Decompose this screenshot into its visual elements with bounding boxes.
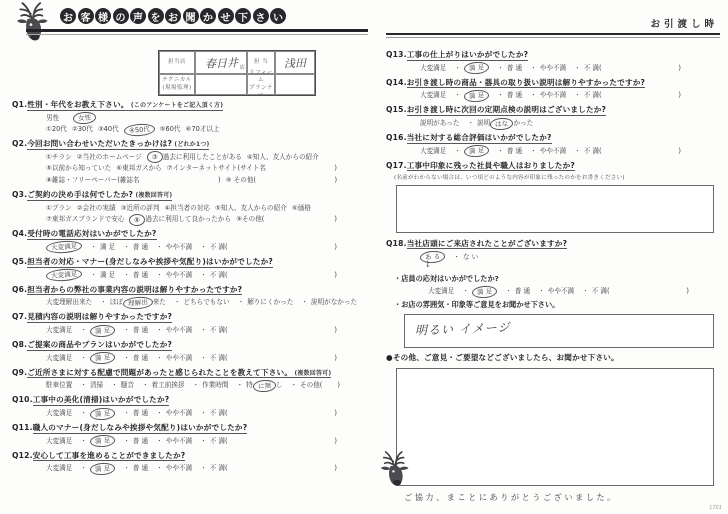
question-note: (複数回答可) — [133, 192, 172, 199]
option-text: やや不満 — [540, 91, 566, 100]
question-heading: Q7.見積内容の説明は解りやすかったですか? — [12, 312, 368, 323]
separator-dot: ・ — [200, 464, 207, 473]
option-text: 大変満足 — [46, 354, 72, 363]
separator-dot: ・ — [574, 147, 581, 156]
title-char: い — [270, 8, 286, 24]
question-title-underline: 性別・年代をお教え下さい。 (このアンケートをご記入頂く方) — [27, 100, 223, 111]
option-text: ) — [334, 409, 337, 418]
staff-cell: テクニカル (現場監理) — [159, 74, 195, 95]
question-note: (複数回答可) — [292, 370, 331, 377]
option-line: 大変満足・満 足・普 通・やや不満・不 満() — [12, 326, 342, 335]
planner-label: リフォーム プランナー — [248, 70, 274, 99]
separator-dot: ・ — [530, 91, 537, 100]
option-text: 普 通 — [133, 437, 148, 446]
question-Q13: Q13.工事の仕上がりはいかがでしたか?大変満足・満 足・普 通・やや不満・不 … — [386, 50, 720, 72]
option-line: ①プラン②会社の実績③近所の評判④担当者の対応⑤知人、友人からの紹介⑥価格 — [12, 204, 342, 213]
option-text: 説明があった — [420, 119, 460, 128]
question-title-underline: お引き渡し時の商品・器具の取り扱い説明は解りやすかったですか? — [407, 78, 645, 89]
deer-logo-icon — [379, 443, 417, 495]
option-line: 大変満足・満 足・普 通・やや不満・不 満() — [12, 437, 342, 446]
separator-dot: ・ — [142, 381, 149, 390]
option-text: ほぼ — [110, 298, 123, 307]
question-Q3: Q3.ご契約の決め手は何でしたか? (複数回答可)①プラン②会社の実績③近所の評… — [12, 190, 368, 224]
separator-dot: ・ — [90, 243, 97, 252]
question-heading: Q11.職人のマナー(身だしなみや挨拶や気配り)はいかがでしたか? — [12, 423, 368, 434]
separator-dot: ・ — [193, 381, 200, 390]
option-text: 大変満足 — [428, 287, 454, 296]
question-title-underline: 当社店頭にご来店されたことがございますか? — [407, 239, 567, 250]
separator-dot: ・ — [80, 354, 87, 363]
question-Q4: Q4.受付時の電話応対はいかがでしたか?大変満足・満 足・普 通・やや不満・不 … — [12, 229, 368, 251]
option-text: 解りにくかった — [247, 298, 293, 307]
staff-store-value: 春日井 — [204, 54, 238, 71]
separator-dot: ・ — [530, 147, 537, 156]
option-text: ⑦東邦ガスブランドで安心 — [46, 215, 124, 224]
separator-dot: ・ — [123, 271, 130, 280]
question-title-underline: ご提案の商品やプランはいかがでしたか? — [27, 340, 172, 351]
question-heading: Q12.安心して工事を進めることができましたか? — [12, 451, 368, 462]
option-text: 満 足 — [100, 243, 115, 252]
separator-dot: ・ — [453, 253, 460, 262]
question-number: Q11. — [12, 423, 33, 432]
option-text: 不 満( — [210, 354, 228, 363]
question-heading: ●その他、ご意見・ご要望などございましたら、お聞かせ下さい。 — [386, 353, 720, 364]
question-number: Q9. — [12, 368, 27, 377]
section-divider — [386, 33, 720, 38]
title-divider — [26, 29, 368, 35]
page-code: 1701 — [709, 505, 722, 511]
option-text: 清掃 — [90, 381, 103, 390]
option-text: やや不満 — [166, 409, 192, 418]
question-Q10: Q10.工事中の美化(清掃)はいかがでしたか?大変満足・満 足・普 通・やや不満… — [12, 395, 368, 417]
question-title-underline: 見積内容の説明は解りやすかったですか? — [27, 312, 172, 323]
question-Q7: Q7.見積内容の説明は解りやすかったですか?大変満足・満 足・普 通・やや不満・… — [12, 312, 368, 334]
title-char: 様 — [95, 8, 111, 24]
separator-dot: ・ — [454, 147, 461, 156]
question-title: ご契約の決め手は何でしたか? — [27, 190, 133, 199]
question-Q2: Q2.今回お問い合わせいただいたきっかけは? (どれか1つ)①チラシ②当社のホー… — [12, 139, 368, 184]
option-text: 大変満足 — [46, 464, 72, 473]
option-text: 普 通 — [507, 147, 522, 156]
option-text: 過去に利用したことがある — [163, 153, 242, 162]
question-title: お引き渡し時に次回の定期点検の説明はございましたか? — [407, 105, 606, 114]
option-line: 大変理解出来た・ほぼ理解出来た・どちらでもない・解りにくかった・説明がなかった — [12, 298, 342, 307]
circled-answer-mark: 満 足 — [90, 324, 116, 338]
question-Q18: Q18.当社店頭にご来店されたことがございますか?あ る・な い↓・店員の応対は… — [386, 239, 720, 348]
option-text: 大変理解出来た — [46, 298, 92, 307]
handover-section-label: お引渡し時 — [386, 16, 720, 30]
option-text: ⑥価格 — [292, 204, 311, 213]
option-text: ) — [334, 243, 337, 252]
option-text: 不 満( — [584, 147, 602, 156]
question-title: その他、ご意見・ご要望などございましたら、お聞かせ下さい。 — [393, 353, 619, 362]
option-line: 大変満足・満 足・普 通・やや不満・不 満() — [12, 354, 342, 363]
staff-cell: リフォーム プランナー — [247, 74, 275, 95]
title-char: 声 — [130, 8, 146, 24]
question-: ●その他、ご意見・ご要望などございましたら、お聞かせ下さい。 — [386, 353, 720, 486]
separator-dot: ・ — [505, 287, 512, 296]
option-text: ) — [218, 176, 221, 185]
option-text: 普 通 — [133, 243, 148, 252]
option-text: 不 満( — [210, 271, 228, 280]
circled-answer-mark: ④50代 — [123, 123, 155, 137]
question-title-underline: ご近所さまに対する配慮で問題があったと感じられたことを教えて下さい。 (複数回答… — [27, 368, 331, 379]
question-title-underline: その他、ご意見・ご要望などございましたら、お聞かせ下さい。 — [393, 353, 619, 362]
option-text: やや不満 — [548, 287, 574, 296]
option-line: ①20代②30代③40代④50代⑤60代⑥70才以上 — [12, 125, 342, 134]
question-Q6: Q6.担当者からの弊社の事業内容の説明は解りやすかったですか?大変理解出来た・ほ… — [12, 285, 368, 307]
circled-answer-mark: はな — [490, 117, 514, 131]
circled-answer-mark: 満 足 — [472, 285, 498, 299]
circled-answer-mark: ③ — [146, 151, 163, 164]
option-text: やや不満 — [166, 271, 192, 280]
option-text: 普 通 — [507, 64, 522, 73]
option-text: 不 満( — [584, 64, 602, 73]
option-line: 大変満足・満 足・普 通・やや不満・不 満() — [12, 243, 342, 252]
staff-cell: 担当店 — [159, 51, 195, 74]
option-text: ) — [678, 91, 681, 100]
question-title-underline: 担当者の対応・マナー(身だしなみや挨拶や気配り)はいかがでしたか? — [27, 257, 273, 268]
option-text: 駐車位置 — [46, 381, 72, 390]
question-title: ご近所さまに対する配慮で問題があったと感じられたことを教えて下さい。 — [27, 368, 292, 377]
question-heading: Q1.性別・年代をお教え下さい。 (このアンケートをご記入頂く方) — [12, 100, 368, 111]
option-text: その他( — [300, 381, 322, 390]
question-title: 今回お問い合わせいただいたきっかけは? — [27, 139, 172, 148]
question-number: ● — [386, 353, 393, 362]
question-number: Q4. — [12, 229, 27, 238]
option-text: 普 通 — [133, 409, 148, 418]
question-number: Q10. — [12, 395, 33, 404]
question-Q12: Q12.安心して工事を進めることができましたか?大変満足・満 足・普 通・やや不… — [12, 451, 368, 473]
option-text: 大変満足 — [46, 409, 72, 418]
question-title-underline: 安心して工事を進めることができましたか? — [33, 451, 186, 462]
option-line: 大変満足・満 足・普 通・やや不満・不 満() — [12, 464, 342, 473]
option-text: ) — [686, 287, 689, 296]
option-text: ) — [334, 437, 337, 446]
question-number: Q8. — [12, 340, 27, 349]
option-text: やや不満 — [166, 243, 192, 252]
staff-person-label: 担 当 — [254, 59, 268, 66]
separator-dot: ・ — [200, 326, 207, 335]
option-text: ⑨その他( — [236, 215, 264, 224]
question-number: Q6. — [12, 285, 27, 294]
question-title-underline: 工事中の美化(清掃)はいかがでしたか? — [33, 395, 170, 406]
question-note: (このアンケートをご記入頂く方) — [129, 102, 224, 109]
separator-dot: ・ — [574, 91, 581, 100]
option-text: 大変満足 — [46, 437, 72, 446]
separator-dot: ・ — [236, 381, 243, 390]
technical-label: テクニカル (現場監理) — [162, 77, 192, 91]
option-text: ④担当者の対応 — [164, 204, 209, 213]
question-note: (どれか1つ) — [172, 141, 209, 148]
option-line: ⑧雑誌・フリーペーパー(雑誌名)⑨ その他() — [12, 176, 342, 185]
option-text: 普 通 — [133, 354, 148, 363]
option-text: し — [276, 381, 283, 390]
option-text: ②30代 — [72, 125, 93, 134]
separator-dot: ・ — [123, 464, 130, 473]
circled-answer-mark: 理解出 — [123, 296, 154, 310]
option-text: 説明がなかった — [311, 298, 357, 307]
separator-dot: ・ — [200, 354, 207, 363]
separator-dot: ・ — [301, 298, 308, 307]
separator-dot: ・ — [156, 437, 163, 446]
separator-dot: ・ — [156, 354, 163, 363]
question-title: 見積内容の説明は解りやすかったですか? — [27, 312, 172, 321]
separator-dot: ・ — [200, 243, 207, 252]
circled-answer-mark: 大変満足 — [46, 268, 83, 282]
question-title-underline: 受付時の電話応対はいかがでしたか? — [27, 229, 156, 240]
option-text: 普 通 — [133, 464, 148, 473]
separator-dot: ・ — [454, 91, 461, 100]
option-text: 不 満( — [210, 464, 228, 473]
title-char: 客 — [78, 8, 94, 24]
question-title: 工事中の美化(清掃)はいかがでしたか? — [33, 395, 170, 404]
circled-answer-mark: 満 足 — [90, 434, 116, 448]
option-text: 普 通 — [507, 91, 522, 100]
question-Q16: Q16.当社に対する総合評価はいかがでしたか?大変満足・満 足・普 通・やや不満… — [386, 133, 720, 155]
circled-answer-mark: ⑧ — [129, 213, 146, 226]
separator-dot: ・ — [582, 287, 589, 296]
option-text: 不 満( — [210, 243, 228, 252]
option-text: やや不満 — [540, 147, 566, 156]
option-text: 特 — [246, 381, 253, 390]
option-text: ⑤以前から知っていた — [46, 164, 111, 173]
separator-dot: ・ — [123, 409, 130, 418]
question-Q1: Q1.性別・年代をお教え下さい。 (このアンケートをご記入頂く方)男性女性①20… — [12, 100, 368, 134]
circled-answer-mark: 満 足 — [90, 351, 116, 365]
question-title: 職人のマナー(身だしなみや挨拶や気配り)はいかがでしたか? — [33, 423, 248, 432]
option-text: ⑥東邦ガスから — [116, 164, 161, 173]
option-text: ⑨ その他( — [226, 176, 256, 185]
title-char: の — [113, 8, 129, 24]
option-text: 普 通 — [133, 271, 148, 280]
option-text: 説明 — [477, 119, 490, 128]
question-Q11: Q11.職人のマナー(身だしなみや挨拶や気配り)はいかがでしたか?大変満足・満 … — [12, 423, 368, 445]
circled-answer-mark: 満 足 — [464, 89, 490, 103]
option-text: ⑤60代 — [160, 125, 181, 134]
option-line: 大変満足・満 足・普 通・やや不満・不 満() — [386, 147, 686, 156]
question-title-underline: ご契約の決め手は何でしたか? (複数回答可) — [27, 190, 172, 201]
title-char: か — [200, 8, 216, 24]
question-number: Q16. — [386, 133, 407, 142]
question-number: Q7. — [12, 312, 27, 321]
question-title: 担当者の対応・マナー(身だしなみや挨拶や気配り)はいかがでしたか? — [27, 257, 273, 266]
separator-dot: ・ — [238, 298, 245, 307]
separator-dot: ・ — [156, 464, 163, 473]
option-text: ) — [334, 354, 337, 363]
option-text: 来た — [153, 298, 166, 307]
staff-cell: 浅田 — [275, 51, 315, 74]
option-text: 大変満足 — [46, 326, 72, 335]
option-text: ①20代 — [46, 125, 67, 134]
option-text: ⑧雑誌・フリーペーパー(雑誌名 — [46, 176, 140, 185]
separator-dot: ・ — [454, 64, 461, 73]
title-char: を — [148, 8, 164, 24]
title-char: 下 — [235, 8, 251, 24]
separator-dot: ・ — [80, 326, 87, 335]
separator-dot: ・ — [200, 437, 207, 446]
title-char: お — [60, 8, 76, 24]
title-char: お — [165, 8, 181, 24]
option-text: ) — [334, 464, 337, 473]
question-heading: Q17.工事中印象に残った社員や職人はおりましたか? — [386, 161, 720, 172]
separator-dot: ・ — [290, 381, 297, 390]
separator-dot: ・ — [574, 64, 581, 73]
option-text: ⑦インターネットサイト(サイト名 — [167, 164, 266, 173]
option-text: な い — [463, 253, 478, 262]
option-text: やや不満 — [540, 64, 566, 73]
question-title: 受付時の電話応対はいかがでしたか? — [27, 229, 156, 238]
question-title-underline: お引き渡し時に次回の定期点検の説明はございましたか? — [407, 105, 606, 116]
option-text: 男性 — [46, 114, 59, 123]
option-text: ①プラン — [46, 204, 72, 213]
questions-left-page: Q1.性別・年代をお教え下さい。 (このアンケートをご記入頂く方)男性女性①20… — [12, 100, 368, 479]
circled-answer-mark: に無 — [252, 379, 276, 393]
separator-dot: ・ — [80, 381, 87, 390]
question-Q14: Q14.お引き渡し時の商品・器具の取り扱い説明は解りやすかったですか?大変満足・… — [386, 78, 720, 100]
question-heading: Q8.ご提案の商品やプランはいかがでしたか? — [12, 340, 368, 351]
question-heading: Q16.当社に対する総合評価はいかがでしたか? — [386, 133, 720, 144]
staff-cell: 春日井 店 — [195, 51, 247, 74]
question-Q15: Q15.お引き渡し時に次回の定期点検の説明はございましたか?説明があった・説明は… — [386, 105, 720, 127]
option-line: 大変満足・満 足・普 通・やや不満・不 満() — [12, 271, 342, 280]
option-text: かった — [513, 119, 533, 128]
question-heading: Q15.お引き渡し時に次回の定期点検の説明はございましたか? — [386, 105, 720, 116]
separator-dot: ・ — [90, 271, 97, 280]
separator-dot: ・ — [80, 437, 87, 446]
circled-answer-mark: 満 足 — [464, 61, 490, 75]
option-text: ①チラシ — [46, 153, 72, 162]
separator-dot: ・ — [174, 298, 181, 307]
option-text: ) — [334, 271, 337, 280]
separator-dot: ・ — [100, 298, 107, 307]
circled-answer-mark: 満 足 — [90, 462, 116, 476]
title-char: 聞 — [183, 8, 199, 24]
staff-table: 担当店 春日井 店 担 当 浅田 テクニカル (現場監理) リフォーム プランナ… — [158, 50, 316, 96]
question-number: Q12. — [12, 451, 33, 460]
thank-you-message: ご協力、まことにありがとうございました。 — [386, 492, 720, 503]
separator-dot: ・ — [530, 64, 537, 73]
separator-dot: ・ — [497, 147, 504, 156]
option-text: ⑥70才以上 — [186, 125, 220, 134]
option-text: 不 満( — [210, 326, 228, 335]
option-text: ) — [334, 176, 337, 185]
option-line: 説明があった・説明はなかった — [386, 119, 686, 128]
question-title-underline: 当社に対する総合評価はいかがでしたか? — [407, 133, 552, 144]
option-line: 大変満足・満 足・普 通・やや不満・不 満() — [386, 64, 686, 73]
separator-dot: ・ — [468, 119, 475, 128]
question-Q9: Q9.ご近所さまに対する配慮で問題があったと感じられたことを教えて下さい。 (複… — [12, 368, 368, 390]
circled-answer-mark: 女性 — [73, 111, 97, 125]
circled-answer-mark: 大変満足 — [46, 240, 83, 254]
option-text: 普 通 — [515, 287, 530, 296]
option-text: 騒音 — [121, 381, 134, 390]
circled-answer-mark: 満 足 — [464, 144, 490, 158]
option-line: 男性女性 — [12, 114, 342, 123]
separator-dot: ・ — [80, 409, 87, 418]
question-number: Q18. — [386, 239, 407, 248]
option-line: ①チラシ②当社のホームページ③過去に利用したことがある④知人、友人からの紹介 — [12, 153, 342, 162]
question-title: 当社店頭にご来店されたことがございますか? — [407, 239, 567, 248]
right-page: お引渡し時 Q13.工事の仕上がりはいかがでしたか?大変満足・満 足・普 通・や… — [386, 16, 720, 503]
question-title-underline: 工事の仕上がりはいかがでしたか? — [407, 50, 529, 61]
separator-dot: ・ — [462, 287, 469, 296]
write-in-box — [396, 185, 714, 233]
sub-question-title: ・お店の雰囲気・印象等ご意見をお聞かせ下さい。 — [394, 300, 720, 310]
separator-dot: ・ — [111, 381, 118, 390]
option-text: 不 満( — [210, 409, 228, 418]
option-text: ) — [334, 215, 337, 224]
question-title-underline: 今回お問い合わせいただいたきっかけは? (どれか1つ) — [27, 139, 209, 150]
staff-store-suffix: 店 — [239, 63, 245, 71]
title-char: さ — [253, 8, 269, 24]
option-text: やや不満 — [166, 464, 192, 473]
separator-dot: ・ — [123, 243, 130, 252]
option-text: 不 満( — [592, 287, 610, 296]
option-text: ③40代 — [98, 125, 119, 134]
question-number: Q2. — [12, 139, 27, 148]
question-number: Q3. — [12, 190, 27, 199]
option-line: ⑦東邦ガスブランドで安心⑧過去に利用して良かったから⑨その他() — [12, 215, 342, 224]
handwritten-comment: 明るい イメージ — [415, 318, 511, 338]
separator-dot: ・ — [497, 91, 504, 100]
question-heading: Q3.ご契約の決め手は何でしたか? (複数回答可) — [12, 190, 368, 201]
staff-cell — [275, 74, 315, 95]
option-text: ③近所の評判 — [121, 204, 160, 213]
option-text: 作業時間 — [202, 381, 228, 390]
deer-logo-icon — [14, 1, 58, 43]
separator-dot: ・ — [123, 326, 130, 335]
write-in-box: 明るい イメージ — [404, 314, 714, 348]
separator-dot: ・ — [123, 354, 130, 363]
question-number: Q1. — [12, 100, 27, 109]
separator-dot: ・ — [156, 243, 163, 252]
question-title: ご提案の商品やプランはいかがでしたか? — [27, 340, 172, 349]
title-char: せ — [218, 8, 234, 24]
option-text: 大変満足 — [420, 91, 446, 100]
separator-dot: ・ — [156, 271, 163, 280]
circled-answer-mark: 満 足 — [90, 407, 116, 421]
option-text: 大変満足 — [420, 147, 446, 156]
separator-dot: ・ — [200, 409, 207, 418]
question-Q8: Q8.ご提案の商品やプランはいかがでしたか?大変満足・満 足・普 通・やや不満・… — [12, 340, 368, 362]
question-title: 性別・年代をお教え下さい。 — [27, 100, 128, 109]
question-title: 当社に対する総合評価はいかがでしたか? — [407, 133, 552, 142]
option-text: やや不満 — [166, 437, 192, 446]
questions-right-page: Q13.工事の仕上がりはいかがでしたか?大変満足・満 足・普 通・やや不満・不 … — [386, 50, 720, 486]
question-heading: Q10.工事中の美化(清掃)はいかがでしたか? — [12, 395, 368, 406]
question-title: 担当者からの弊社の事業内容の説明は解りやすかったですか? — [27, 285, 242, 294]
option-text: ) — [678, 147, 681, 156]
separator-dot: ・ — [497, 64, 504, 73]
option-text: ) — [334, 326, 337, 335]
sub-question: ・お店の雰囲気・印象等ご意見をお聞かせ下さい。明るい イメージ — [386, 300, 720, 348]
write-in-box — [396, 368, 714, 486]
staff-cell — [195, 74, 247, 95]
question-heading: Q5.担当者の対応・マナー(身だしなみや挨拶や気配り)はいかがでしたか? — [12, 257, 368, 268]
option-text: 着工前挨拶 — [152, 381, 185, 390]
page-title: お客様の声をお聞かせ下さい — [60, 8, 288, 24]
question-heading: Q14.お引き渡し時の商品・器具の取り扱い説明は解りやすかったですか? — [386, 78, 720, 89]
staff-store-label: 担当店 — [168, 59, 186, 66]
question-heading: Q9.ご近所さまに対する配慮で問題があったと感じられたことを教えて下さい。 (複… — [12, 368, 368, 379]
option-text: ) — [678, 64, 681, 73]
question-title-underline: 職人のマナー(身だしなみや挨拶や気配り)はいかがでしたか? — [33, 423, 248, 434]
separator-dot: ・ — [156, 409, 163, 418]
option-text: ②当社のホームページ — [77, 153, 142, 162]
option-line: 駐車位置・清掃・騒音・着工前挨拶・作業時間・特に無し・その他() — [12, 381, 342, 390]
question-title-underline: 工事中印象に残った社員や職人はおりましたか? — [407, 161, 575, 172]
